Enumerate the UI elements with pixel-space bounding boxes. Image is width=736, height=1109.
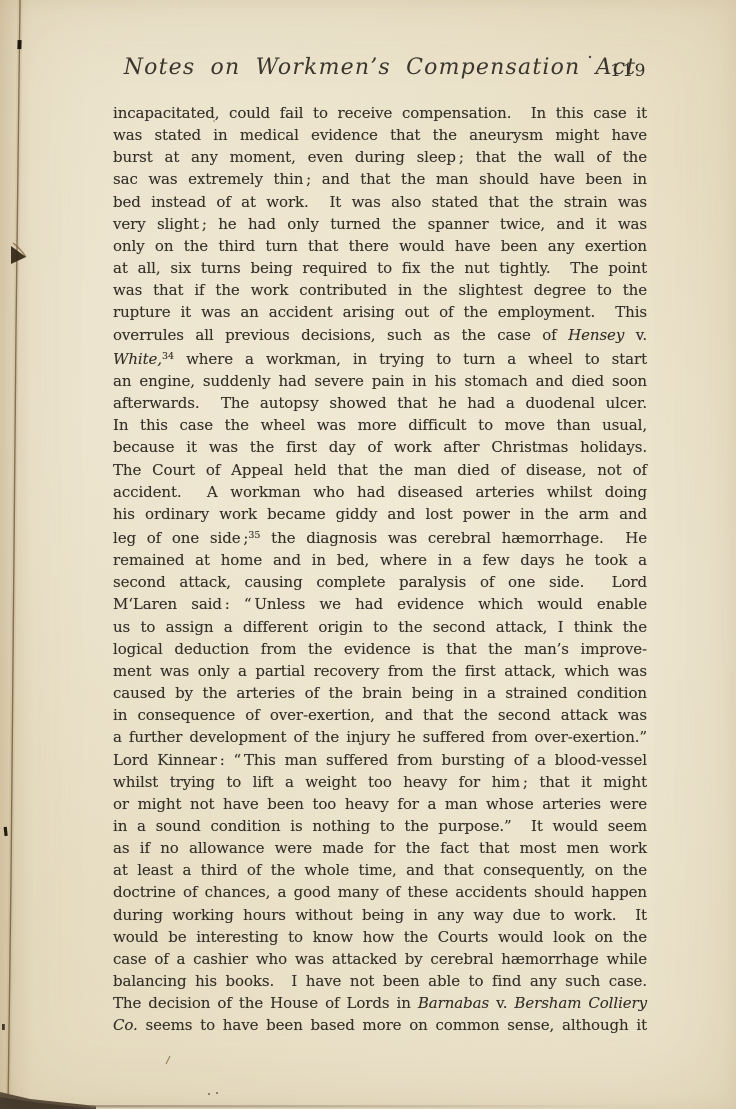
text-line: rupture it was an accident arising out o… xyxy=(113,301,647,323)
text-line: M‘Laren said : “ Unless we had evidence … xyxy=(113,593,647,615)
text-line: In this case the wheel was more difficul… xyxy=(113,414,647,436)
text-line: caused by the arteries of the brain bein… xyxy=(113,682,647,704)
text-line: his ordinary work became giddy and lost … xyxy=(113,503,647,525)
text-line: The decision of the House of Lords in Ba… xyxy=(113,992,647,1014)
text-line: The Court of Appeal held that the man di… xyxy=(113,459,647,481)
text-line: logical deduction from the evidence is t… xyxy=(113,638,647,660)
text-line: leg of one side ;35 the diagnosis was ce… xyxy=(113,525,647,549)
text-line: Lord Kinnear : “ This man suffered from … xyxy=(113,749,647,771)
page-speckle xyxy=(166,1056,170,1064)
text-line: a further development of the injury he s… xyxy=(113,726,647,748)
page-speckle xyxy=(216,1092,218,1094)
text-line: ment was only a partial recovery from th… xyxy=(113,660,647,682)
text-line: Co. seems to have been based more on com… xyxy=(113,1014,647,1036)
text-line: bed instead of at work. It was also stat… xyxy=(113,191,647,213)
text-line: remained at home and in bed, where in a … xyxy=(113,549,647,571)
text-line: an engine, suddenly had severe pain in h… xyxy=(113,370,647,392)
text-line: during working hours without being in an… xyxy=(113,904,647,926)
text-line: at least a third of the whole time, and … xyxy=(113,859,647,881)
text-line: case of a cashier who was attacked by ce… xyxy=(113,948,647,970)
text-line: balancing his books. I have not been abl… xyxy=(113,970,647,992)
text-line: because it was the first day of work aft… xyxy=(113,436,647,458)
text-line: sac was extremely thin ; and that the ma… xyxy=(113,168,647,190)
bottom-edge-shadow xyxy=(90,1105,630,1108)
scanned-page: Notes on Workmen’s Compensation Act 119 … xyxy=(0,0,736,1109)
page-number: 119 xyxy=(610,61,647,81)
text-line: was that if the work contributed in the … xyxy=(113,279,647,301)
text-line: overrules all previous decisions, such a… xyxy=(113,324,647,346)
ink-mark xyxy=(2,1024,5,1030)
text-line: afterwards. The autopsy showed that he h… xyxy=(113,392,647,414)
binding-crease-soft xyxy=(8,0,20,1109)
bottom-corner-shadow-dark xyxy=(0,1097,96,1109)
gutter-shading xyxy=(0,0,32,1109)
text-line: second attack, causing complete paralysi… xyxy=(113,571,647,593)
text-line: in a sound condition is nothing to the p… xyxy=(113,815,647,837)
text-line: very slight ; he had only turned the spa… xyxy=(113,213,647,235)
running-head-title: Notes on Workmen’s Compensation Act xyxy=(113,55,647,80)
text-line: doctrine of chances, a good many of thes… xyxy=(113,881,647,903)
text-line: incapacitated, could fail to receive com… xyxy=(113,102,647,124)
ink-mark xyxy=(4,827,8,836)
text-line: White,34 where a workman, in trying to t… xyxy=(113,346,647,370)
text-line: in consequence of over-exertion, and tha… xyxy=(113,704,647,726)
ink-mark xyxy=(11,246,26,264)
text-line: burst at any moment, even during sleep ;… xyxy=(113,146,647,168)
page-speckle xyxy=(208,1093,210,1095)
page-text: incapacitated, could fail to receive com… xyxy=(113,102,647,1037)
text-line: whilst trying to lift a weight too heavy… xyxy=(113,771,647,793)
text-line: was stated in medical evidence that the … xyxy=(113,124,647,146)
text-line: or might not have been too heavy for a m… xyxy=(113,793,647,815)
ink-mark xyxy=(17,40,21,49)
text-line: only on the third turn that there would … xyxy=(113,235,647,257)
text-line: us to assign a different origin to the s… xyxy=(113,616,647,638)
bottom-corner-shadow xyxy=(0,1092,96,1109)
text-line: accident. A workman who had diseased art… xyxy=(113,481,647,503)
ink-mark xyxy=(13,243,26,257)
binding-crease xyxy=(8,0,20,1109)
text-line: would be interesting to know how the Cou… xyxy=(113,926,647,948)
text-line: as if no allowance were made for the fac… xyxy=(113,837,647,859)
text-line: at all, six turns being required to fix … xyxy=(113,257,647,279)
